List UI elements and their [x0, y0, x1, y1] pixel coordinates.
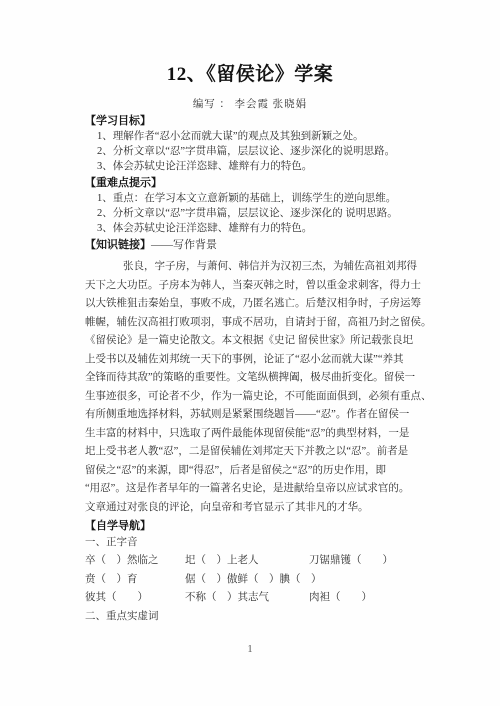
- key-point-item: 3、体会苏轼史论汪洋恣肆、雄辩有力的特色。: [85, 221, 440, 236]
- pronunciation-item: 贲（ ）育: [85, 571, 185, 590]
- section-header-study-goals: 【学习目标】: [85, 114, 440, 129]
- section-header-self-study: 【自学导航】: [85, 519, 440, 534]
- document-body: 【学习目标】 1、理解作者“忍小忿而就大谋”的观点及其独到新颖之处。 2、分析文…: [85, 114, 440, 626]
- paragraph-line: 张良，字子房，与萧何、韩信并为汉初三杰，为辅佐高祖刘邦得: [85, 258, 440, 277]
- document-page: 12、《留侯论》学案 编写 ： 李会霞 张晓娟 【学习目标】 1、理解作者“忍小…: [0, 0, 500, 706]
- paragraph-line: 有所侧重地选择材料，苏轼则是紧紧围绕题旨——“忍”。作者在留侯一: [85, 406, 440, 425]
- subsection-key-words: 二、重点实虚词: [85, 608, 440, 626]
- pronunciation-item: 卒（ ）然临之: [85, 552, 185, 571]
- paragraph-line: 《留侯论》是一篇史论散文。本文根据《史记 留侯世家》所记载张良圯: [85, 332, 440, 351]
- goal-item: 3、体会苏轼史论汪洋恣肆、雄辩有力的特色。: [85, 159, 440, 174]
- paragraph-line: 以大铁椎狙击秦始皇，事败不成，乃匿名逃亡。后楚汉相争时，子房运筹: [85, 295, 440, 314]
- paragraph-line: 全锋而待其敌”的策略的重要性。文笔纵横捭阖，极尽曲折变化。留侯一: [85, 369, 440, 388]
- pronunciation-item: 刀锯鼎镬（ ）: [309, 552, 393, 571]
- byline: 编写 ： 李会霞 张晓娟: [0, 98, 500, 112]
- paragraph-line: 文章通过对张良的评论，向皇帝和考官显示了其非凡的才华。: [85, 499, 440, 518]
- subsection-pronunciation: 一、正字音: [85, 534, 440, 552]
- goal-item: 2、分析文章以“忍”字贯串篇，层层议论、逐步深化的说明思路。: [85, 144, 440, 159]
- paragraph-line: 生事迹很多，可论者不少，作为一篇史论，不可能面面俱到，必须有重点、: [85, 388, 440, 407]
- key-point-item: 1、重点：在学习本文立意新颖的基础上，训练学生的逆向思维。: [85, 191, 440, 206]
- pronunciation-item: 不称（ ）其志气: [185, 589, 309, 608]
- pronunciation-item: 倨（ ）傲鲜（ ）腆（ ）: [185, 571, 309, 590]
- paragraph-line: 帷幄，辅佐汉高祖打败项羽，事成不居功，自请封于留，高祖乃封之留侯。: [85, 314, 440, 333]
- pronunciation-row: 彼其（ ）不称（ ）其志气肉袒（ ）: [85, 589, 440, 608]
- knowledge-link-label: 【知识链接】: [85, 239, 151, 251]
- section-header-knowledge-link: 【知识链接】——写作背景: [85, 238, 440, 253]
- background-paragraph: 张良，字子房，与萧何、韩信并为汉初三杰，为辅佐高祖刘邦得 天下之大功臣。子房本为…: [85, 258, 440, 517]
- pronunciation-item: 圯（ ）上老人: [185, 552, 309, 571]
- section-header-key-points: 【重难点提示】: [85, 176, 440, 191]
- key-point-item: 2、分析文章以“忍”字贯串篇，层层议论、逐步深化的 说明思路。: [85, 206, 440, 221]
- paragraph-line: 天下之大功臣。子房本为韩人，当秦灭韩之时，曾以重金求刺客，得力士: [85, 277, 440, 296]
- page-title: 12、《留侯论》学案: [0, 64, 500, 86]
- goal-item: 1、理解作者“忍小忿而就大谋”的观点及其独到新颖之处。: [85, 129, 440, 144]
- paragraph-line: 上受书以及辅佐刘邦统一天下的事例，论证了“忍小忿而就大谋”“养其: [85, 351, 440, 370]
- pronunciation-item: 肉袒（ ）: [309, 589, 372, 608]
- paragraph-line: “用忍”。这是作者早年的一篇著名史论，是进献给皇帝以应试求官的。: [85, 480, 440, 499]
- pronunciation-row: 卒（ ）然临之圯（ ）上老人刀锯鼎镬（ ）: [85, 552, 440, 571]
- paragraph-line: 留侯之“忍”的来源，即“得忍”，后者是留侯之“忍”的历史作用，即: [85, 462, 440, 481]
- paragraph-line: 圯上受书老人教“忍”，二是留侯辅佐刘邦定天下并教之以“忍”。前者是: [85, 443, 440, 462]
- pronunciation-item: 彼其（ ）: [85, 589, 185, 608]
- page-number: 1: [0, 644, 500, 655]
- paragraph-line: 生丰富的材料中，只选取了两件最能体现留侯能“忍”的典型材料，一是: [85, 425, 440, 444]
- pronunciation-row: 贲（ ）育倨（ ）傲鲜（ ）腆（ ）: [85, 571, 440, 590]
- knowledge-link-subtitle: ——写作背景: [151, 239, 217, 251]
